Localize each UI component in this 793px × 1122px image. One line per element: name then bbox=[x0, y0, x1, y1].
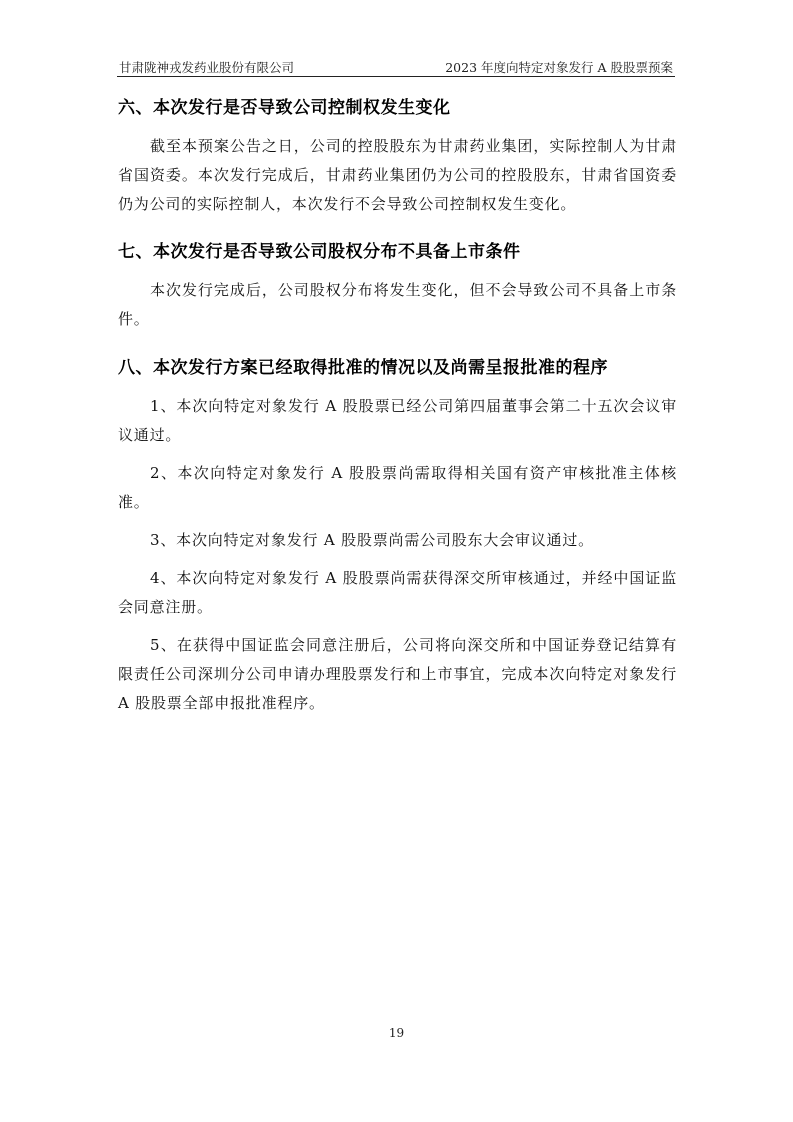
section-approval-procedures: 八、本次发行方案已经取得批准的情况以及尚需呈报批准的程序 1、本次向特定对象发行… bbox=[118, 356, 677, 718]
header-company-name: 甘肃陇神戎发药业股份有限公司 bbox=[119, 58, 294, 76]
section-control-change: 六、本次发行是否导致公司控制权发生变化 截至本预案公告之日，公司的控股股东为甘肃… bbox=[118, 96, 677, 219]
approval-item-3: 3、本次向特定对象发行 A 股股票尚需公司股东大会审议通过。 bbox=[118, 526, 677, 555]
section-listing-conditions: 七、本次发行是否导致公司股权分布不具备上市条件 本次发行完成后，公司股权分布将发… bbox=[118, 240, 677, 334]
page-number: 19 bbox=[0, 1026, 793, 1040]
page-header: 甘肃陇神戎发药业股份有限公司 2023 年度向特定对象发行 A 股股票预案 bbox=[117, 58, 675, 77]
section-heading: 八、本次发行方案已经取得批准的情况以及尚需呈报批准的程序 bbox=[118, 356, 677, 380]
section-paragraph: 截至本预案公告之日，公司的控股股东为甘肃药业集团，实际控制人为甘肃省国资委。本次… bbox=[118, 132, 677, 219]
document-page: 甘肃陇神戎发药业股份有限公司 2023 年度向特定对象发行 A 股股票预案 六、… bbox=[0, 0, 793, 1122]
approval-item-1: 1、本次向特定对象发行 A 股股票已经公司第四届董事会第二十五次会议审议通过。 bbox=[118, 392, 677, 450]
section-paragraph: 本次发行完成后，公司股权分布将发生变化，但不会导致公司不具备上市条件。 bbox=[118, 276, 677, 334]
header-document-title: 2023 年度向特定对象发行 A 股股票预案 bbox=[445, 58, 673, 76]
approval-item-4: 4、本次向特定对象发行 A 股股票尚需获得深交所审核通过，并经中国证监会同意注册… bbox=[118, 564, 677, 622]
section-heading: 六、本次发行是否导致公司控制权发生变化 bbox=[118, 96, 677, 120]
approval-item-2: 2、本次向特定对象发行 A 股股票尚需取得相关国有资产审核批准主体核准。 bbox=[118, 459, 677, 517]
approval-item-5: 5、在获得中国证监会同意注册后，公司将向深交所和中国证券登记结算有限责任公司深圳… bbox=[118, 631, 677, 718]
section-heading: 七、本次发行是否导致公司股权分布不具备上市条件 bbox=[118, 240, 677, 264]
